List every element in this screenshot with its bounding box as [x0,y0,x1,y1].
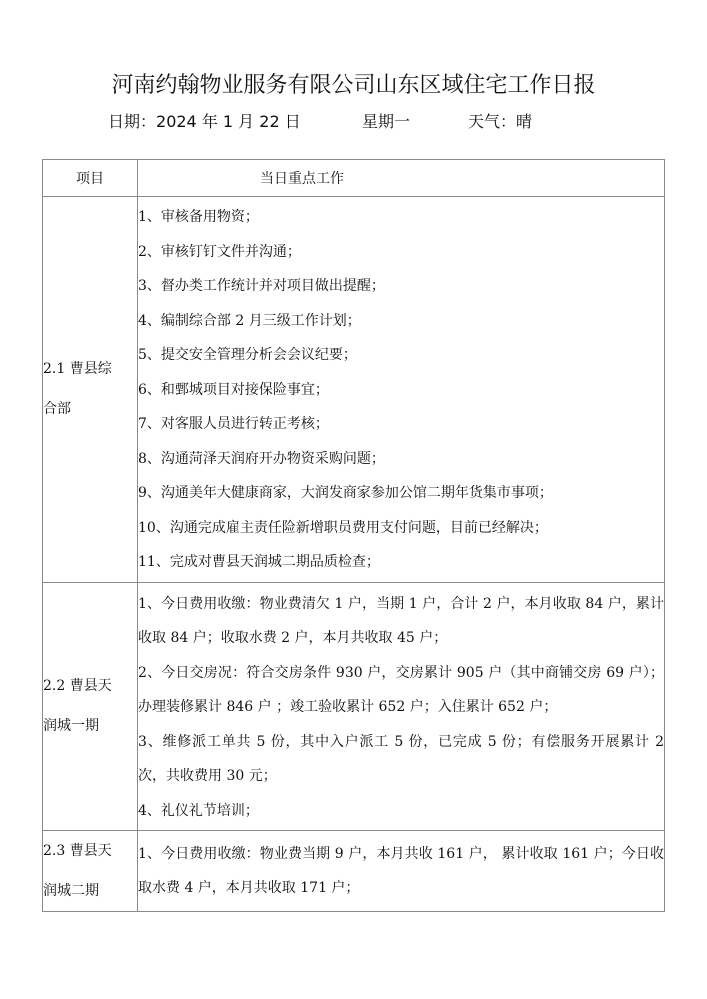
work-items-cell: 1、审核备用物资； 2、审核钉钉文件并沟通； 3、督办类工作统计并对项目做出提醒… [138,197,665,583]
project-cell: 2.1 曹县综 合部 [43,197,138,583]
work-item: 1、今日费用收缴：物业费当期 9 户，本月共收 161 户， 累计收取 161 … [138,837,664,906]
project-name-line: 润城二期 [43,871,137,911]
work-item: 2、审核钉钉文件并沟通； [138,235,664,270]
work-item: 3、督办类工作统计并对项目做出提醒； [138,269,664,304]
date-value: 2024 年 1 月 22 日 [156,112,301,131]
work-item: 7、对客服人员进行转正考核； [138,407,664,442]
project-cell: 2.2 曹县天 润城一期 [43,582,138,831]
table-header-row: 项目 当日重点工作 [43,160,665,197]
table-row: 2.1 曹县综 合部 1、审核备用物资； 2、审核钉钉文件并沟通； 3、督办类工… [43,197,665,583]
project-cell: 2.3 曹县天 润城二期 [43,831,138,912]
weather-label: 天气： [468,112,516,131]
work-item: 6、和鄄城项目对接保险事宜； [138,373,664,408]
work-item: 1、今日费用收缴：物业费清欠 1 户，当期 1 户，合计 2 户，本月收取 84… [138,587,664,656]
work-report-table: 项目 当日重点工作 2.1 曹县综 合部 1、审核备用物资； 2、审核钉钉文件并… [42,159,665,912]
report-title: 河南约翰物业服务有限公司山东区域住宅工作日报 [0,68,707,99]
work-item: 4、礼仪礼节培训； [138,794,664,829]
table-row: 2.3 曹县天 润城二期 1、今日费用收缴：物业费当期 9 户，本月共收 161… [43,831,665,912]
project-name-line: 2.2 曹县天 [43,666,137,706]
weather-value: 晴 [516,112,532,131]
work-item: 1、审核备用物资； [138,200,664,235]
work-item: 2、今日交房况：符合交房条件 930 户，交房累计 905 户（其中商铺交房 6… [138,656,664,725]
header-key-work: 当日重点工作 [138,160,665,197]
header-project: 项目 [43,160,138,197]
work-item: 11、完成对曹县天润城二期品质检查； [138,545,664,580]
report-weather: 天气：晴 [468,109,532,132]
date-label: 日期： [108,112,156,131]
work-item: 5、提交安全管理分析会会议纪要； [138,338,664,373]
project-name-line: 合部 [43,389,137,429]
work-item: 4、编制综合部 2 月三级工作计划； [138,304,664,339]
report-date: 日期：2024 年 1 月 22 日 [108,109,301,132]
work-item: 8、沟通菏泽天润府开办物资采购问题； [138,442,664,477]
work-items-cell: 1、今日费用收缴：物业费清欠 1 户，当期 1 户，合计 2 户，本月收取 84… [138,582,665,831]
report-weekday: 星期一 [362,109,410,132]
work-items-cell: 1、今日费用收缴：物业费当期 9 户，本月共收 161 户， 累计收取 161 … [138,831,665,912]
work-item: 9、沟通美年大健康商家，大润发商家参加公馆二期年货集市事项； [138,476,664,511]
project-name-line: 润城一期 [43,706,137,746]
project-name-line: 2.1 曹县综 [43,349,137,389]
work-item: 10、沟通完成雇主责任险新增职员费用支付问题，目前已经解决； [138,511,664,546]
project-name-line: 2.3 曹县天 [43,831,137,871]
work-item: 3、维修派工单共 5 份，其中入户派工 5 份，已完成 5 份；有偿服务开展累计… [138,725,664,794]
table-row: 2.2 曹县天 润城一期 1、今日费用收缴：物业费清欠 1 户，当期 1 户，合… [43,582,665,831]
